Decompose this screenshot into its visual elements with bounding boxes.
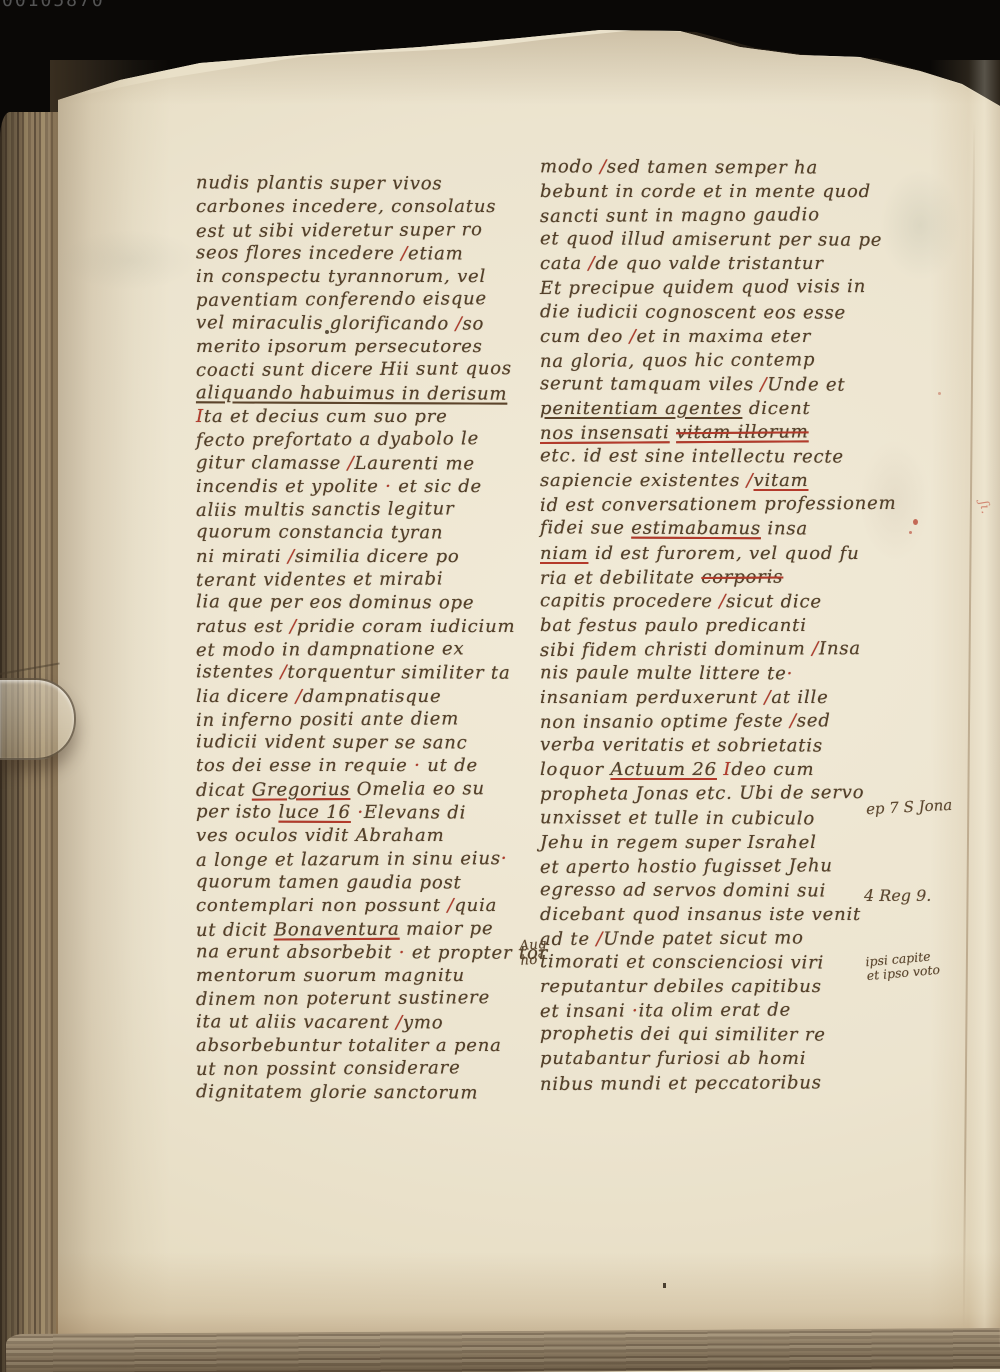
text-segment: propheta Jonas etc. Ubi de servo [540,782,864,805]
text-line: et insani ·ita olim erat de [540,998,876,1024]
text-segment: ratus est [196,616,290,637]
text-segment: ad te [540,929,597,950]
text-segment: quorum tamen gaudia post [196,871,462,893]
text-segment: / [747,470,754,491]
text-segment: tos dei esse in requie [196,755,414,776]
text-line: modo /sed tamen semper ha [540,155,876,181]
text-segment: seos flores incedere [196,242,401,264]
text-segment: penitentiam agentes [540,398,742,419]
text-segment: ut de [421,755,478,776]
text-segment: loquor [540,759,610,780]
text-segment: quia [454,895,497,916]
text-line: aliquando habuimus in derisum [196,381,514,406]
text-segment: serunt tamquam viles [540,373,760,395]
text-line: gitur clamasse /Laurenti me [196,451,514,476]
text-line: dicat Gregorius Omelia eo su [196,777,514,802]
text-line: quorum tamen gaudia post [196,870,514,895]
text-segment: id est furorem, vel quod fu [588,543,859,564]
text-line: ves oculos vidit Abraham [196,824,514,847]
manuscript-scan: 00105870 nudis plantis super vivoscarbon… [0,0,1000,1372]
text-segment: · [501,848,508,869]
text-segment: et insani [540,1001,632,1023]
ink-spot [325,330,329,334]
text-line: verba veritatis et sobrietatis [540,734,876,760]
text-segment: paventiam conferendo eisque [196,289,487,312]
red-ink-speck [913,519,918,525]
text-line: sancti sunt in magno gaudio [540,203,876,229]
text-line: prophetis dei qui similiter re [540,1023,876,1049]
margin-note-line: ho° [520,952,548,969]
text-segment: bat festus paulo predicanti [540,615,807,636]
text-segment: unxisset et tulle in cubiculo [540,807,815,829]
text-line: in inferno positi ante diem [196,707,514,732]
text-line: a longe et lazarum in sinu eius· [196,847,514,872]
text-segment: insa [761,519,808,540]
margin-note-4reg9: 4 Reg 9. [864,886,931,905]
text-line: niam id est furorem, vel quod fu [540,542,876,566]
text-line: cata /de quo valde tristantur [540,252,876,276]
text-segment: dignitatem glorie sanctorum [196,1081,478,1103]
text-segment: lia dicere [196,686,296,707]
text-segment: I [196,406,204,427]
text-segment: id est conversationem professionem [540,493,897,516]
text-segment: et sic de [392,476,482,497]
text-segment: Jehu in regem super Israhel [540,832,817,853]
text-line: non insanio optime feste /sed [540,709,876,735]
text-line: ad te /Unde patet sicut mo [540,926,876,952]
text-line: per isto luce 16 ·Elevans di [196,800,514,825]
text-segment: torquentur similiter ta [287,662,510,684]
text-line: unxisset et tulle in cubiculo [540,806,876,832]
text-segment: etiam [408,243,464,264]
text-segment: capitis procedere [540,590,719,612]
text-line: dicebant quod insanus iste venit [540,903,876,927]
text-segment: Omelia eo su [350,778,485,800]
bottom-edge-shadow [56,1252,1000,1338]
text-segment: sapiencie existentes [540,470,747,491]
text-segment: niam [540,543,588,564]
text-segment: lia que per eos dominus ope [196,592,474,614]
text-segment: et aperto hostio fugisset Jehu [540,855,833,878]
text-segment: mentorum suorum magnitu [196,965,465,986]
text-line: fidei sue estimabamus insa [540,517,876,543]
text-line: bebunt in corde et in mente quod [540,180,876,204]
text-segment: ut non possint considerare [196,1058,461,1081]
text-segment: nudis plantis super vivos [196,172,443,194]
text-segment: dicent [742,398,810,419]
text-line: nibus mundi et peccatoribus [540,1071,876,1097]
text-line: loquor Actuum 26 Ideo cum [540,758,876,782]
text-segment: ut dicit [196,919,274,940]
text-segment: aliquando habuimus in derisum [196,382,507,404]
text-segment: a longe et lazarum in sinu eius [196,848,501,871]
text-segment: istentes [196,662,281,683]
text-line: penitentiam agentes dicent [540,397,876,421]
text-segment: etc. id est sine intellectu recte [540,445,844,467]
text-line: na gloria, quos hic contemp [540,348,876,374]
text-line: nis paule multe littere te· [540,661,876,687]
text-segment: ita olim erat de [638,1000,791,1022]
text-line: Jehu in regem super Israhel [540,831,876,855]
text-segment: / [288,546,295,567]
text-segment: Bonaventura [274,918,400,940]
text-segment: per isto [196,801,279,822]
text-line: sibi fidem christi dominum /Insa [540,637,876,663]
text-line: coacti sunt dicere Hii sunt quos [196,357,514,382]
text-segment: insaniam perduxerunt [540,687,764,708]
text-segment: gitur clamasse [196,452,348,474]
text-line: contemplari non possunt /quia [196,894,514,917]
text-segment: contemplari non possunt [196,895,447,916]
text-segment: nibus mundi et peccatoribus [540,1072,822,1095]
margin-note-augustinus: Aug ho° [519,937,548,969]
edge-red-mark: ʃι. [976,500,993,516]
text-segment: cata [540,253,589,274]
text-segment: carbones incedere, consolatus [196,196,496,217]
text-line: Ita et decius cum suo pre [196,405,514,428]
text-segment: / [296,686,303,707]
text-segment: modo [540,156,600,177]
text-column-right: modo /sed tamen semper habebunt in corde… [540,156,876,1096]
text-segment: bebunt in corde et in mente quod [540,181,871,202]
text-line: capitis procedere /sicut dice [540,589,876,615]
text-segment: Et precipue quidem quod visis in [540,277,866,300]
text-line: ut dicit Bonaventura maior pe [196,917,514,942]
text-segment: vitam illorum [676,421,809,443]
text-segment: sancti sunt in magno gaudio [540,205,820,228]
text-segment: et quod illud amiserunt per sua pe [540,229,882,251]
text-segment: dicebant quod insanus iste venit [540,904,861,925]
text-line: tos dei esse in requie · ut de [196,754,514,777]
text-line: seos flores incedere /etiam [196,241,514,266]
text-segment: absorbebuntur totaliter a pena [196,1035,502,1056]
text-segment: merito ipsorum persecutores [196,336,483,357]
scan-id-number: 00105870 [2,0,105,11]
text-line: putabantur furiosi ab homi [540,1047,876,1071]
text-line: egresso ad servos domini sui [540,878,876,904]
text-line: dinem non poterunt sustinere [196,986,514,1011]
text-segment: sed tamen semper ha [607,157,818,179]
red-ink-speck [938,392,941,395]
text-segment: putabantur furiosi ab homi [540,1048,806,1069]
text-segment: Unde patet sicut mo [603,927,804,949]
text-line: etc. id est sine intellectu recte [540,444,876,470]
text-segment: sed [797,710,831,731]
text-segment: dinem non poterunt sustinere [196,988,490,1011]
text-segment: / [290,616,297,637]
text-segment: Laurenti me [354,453,474,475]
text-line: serunt tamquam viles /Unde et [540,372,876,398]
text-line: et modo in dampnatione ex [196,637,514,662]
text-segment: iudicii vident super se sanc [196,731,468,753]
text-line: mentorum suorum magnitu [196,964,514,987]
text-segment: ria et debilitate [540,567,702,589]
text-line: istentes /torquentur similiter ta [196,661,514,686]
text-line: lia dicere /dampnatisque [196,685,514,708]
text-segment: et in maxima eter [636,326,811,347]
text-segment: est ut sibi videretur super ro [196,219,483,242]
text-segment: timorati et conscienciosi viri [540,951,824,973]
text-line: vel miraculis glorificando /so [196,311,514,336]
text-line: insaniam perduxerunt /at ille [540,686,876,710]
text-segment: aliis multis sanctis legitur [196,499,455,522]
text-line: et aperto hostio fugisset Jehu [540,854,876,880]
text-line: fecto prefortato a dyabolo le [196,427,514,452]
text-line: id est conversationem professionem [540,492,876,518]
text-line: lia que per eos dominus ope [196,591,514,616]
text-line: incendis et ypolite · et sic de [196,475,514,498]
text-segment: egresso ad servos domini sui [540,879,826,901]
bleedthrough-smudge [880,170,960,280]
text-segment: sibi fidem christi dominum [540,638,812,661]
text-segment: na erunt absorbebit [196,941,399,963]
text-segment: et modo in dampnatione ex [196,638,465,661]
text-segment: fecto prefortato a dyabolo le [196,429,479,452]
text-line: ria et debilitate corporis [540,565,876,591]
text-segment: estimabamus [631,518,761,540]
text-line: reputantur debiles capitibus [540,975,876,999]
text-segment: Elevans di [364,802,466,823]
text-segment: dicat [196,779,252,800]
book-tail-edge [6,1328,1000,1372]
text-segment: prophetis dei qui similiter re [540,1024,826,1046]
text-segment: incendis et ypolite [196,476,385,497]
text-segment: die iudicii cognoscent eos esse [540,301,846,323]
text-line: merito ipsorum persecutores [196,335,514,358]
text-column-left: nudis plantis super vivoscarbones incede… [196,172,514,1104]
text-segment: sicut dice [726,591,822,612]
text-segment: · [787,663,794,684]
text-line: die iudicii cognoscent eos esse [540,300,876,326]
text-line: ni mirati /similia dicere po [196,545,514,568]
text-line: aliis multis sanctis legitur [196,497,514,522]
text-segment: Actuum 26 [610,759,716,780]
red-ink-speck [909,531,912,534]
text-line: est ut sibi videretur super ro [196,218,514,243]
text-line: paventiam conferendo eisque [196,288,514,313]
text-segment: Unde et [767,374,845,395]
text-segment: quorum constancia tyran [196,522,443,544]
text-segment: luce 16 [278,802,350,823]
text-line: nos insensati vitam illorum [540,420,876,446]
text-segment: fidei sue [540,518,631,539]
text-segment: Insa [819,638,861,659]
text-line: ita ut aliis vacarent /ymo [196,1010,514,1035]
text-line: terant videntes et mirabi [196,567,514,592]
text-segment: nos insensati [540,422,670,444]
text-segment: reputantur debiles capitibus [540,976,822,997]
text-segment: ves oculos vidit Abraham [196,825,444,846]
text-segment: nis paule multe littere te [540,662,787,684]
text-segment: na gloria, quos hic contemp [540,349,815,372]
text-segment: ta et decius cum suo pre [204,406,448,427]
text-segment: in inferno positi ante diem [196,708,459,731]
text-line: carbones incedere, consolatus [196,195,514,218]
text-segment: coacti sunt dicere Hii sunt quos [196,358,512,381]
page-holder-clip [0,678,76,760]
text-line: in conspectu tyrannorum, vel [196,265,514,288]
text-line: et quod illud amiserunt per sua pe [540,228,876,254]
text-segment: corporis [701,566,783,587]
text-segment: terant videntes et mirabi [196,569,443,592]
text-segment: maior pe [400,918,494,940]
text-line: cum deo /et in maxima eter [540,325,876,349]
text-segment: cum deo [540,326,630,347]
text-segment: pridie coram iudicium [297,616,516,637]
text-segment: deo cum [731,759,814,780]
text-segment: de quo valde tristantur [595,253,823,274]
text-line: iudicii vident super se sanc [196,730,514,755]
text-line: quorum constancia tyran [196,521,514,546]
text-segment: non insanio optime feste [540,711,790,734]
text-segment: at ille [771,687,828,708]
text-segment: in conspectu tyrannorum, vel [196,266,486,287]
text-segment: verba veritatis et sobrietatis [540,735,823,757]
text-segment: ni mirati [196,546,288,567]
text-segment: vitam [754,470,809,491]
text-line: bat festus paulo predicanti [540,614,876,638]
text-line: nudis plantis super vivos [196,171,514,196]
text-line: absorbebuntur totaliter a pena [196,1034,514,1057]
text-segment: ita ut aliis vacarent [196,1011,396,1033]
text-line: na erunt absorbebit · et propter tor [196,940,514,965]
text-line: dignitatem glorie sanctorum [196,1080,514,1105]
text-line: ut non possint considerare [196,1056,514,1081]
ink-spot [663,1283,666,1288]
text-segment: dampnatisque [303,686,442,707]
text-line: sapiencie existentes /vitam [540,469,876,493]
text-line: propheta Jonas etc. Ubi de servo [540,781,876,807]
bleedthrough-smudge [60,230,200,290]
text-segment: similia dicere po [295,546,460,567]
text-line: ratus est /pridie coram iudicium [196,615,514,638]
text-segment: so [462,313,484,334]
text-segment: ymo [403,1012,444,1033]
text-line: Et precipue quidem quod visis in [540,275,876,301]
text-segment: Gregorius [252,779,351,801]
text-line: timorati et conscienciosi viri [540,950,876,976]
